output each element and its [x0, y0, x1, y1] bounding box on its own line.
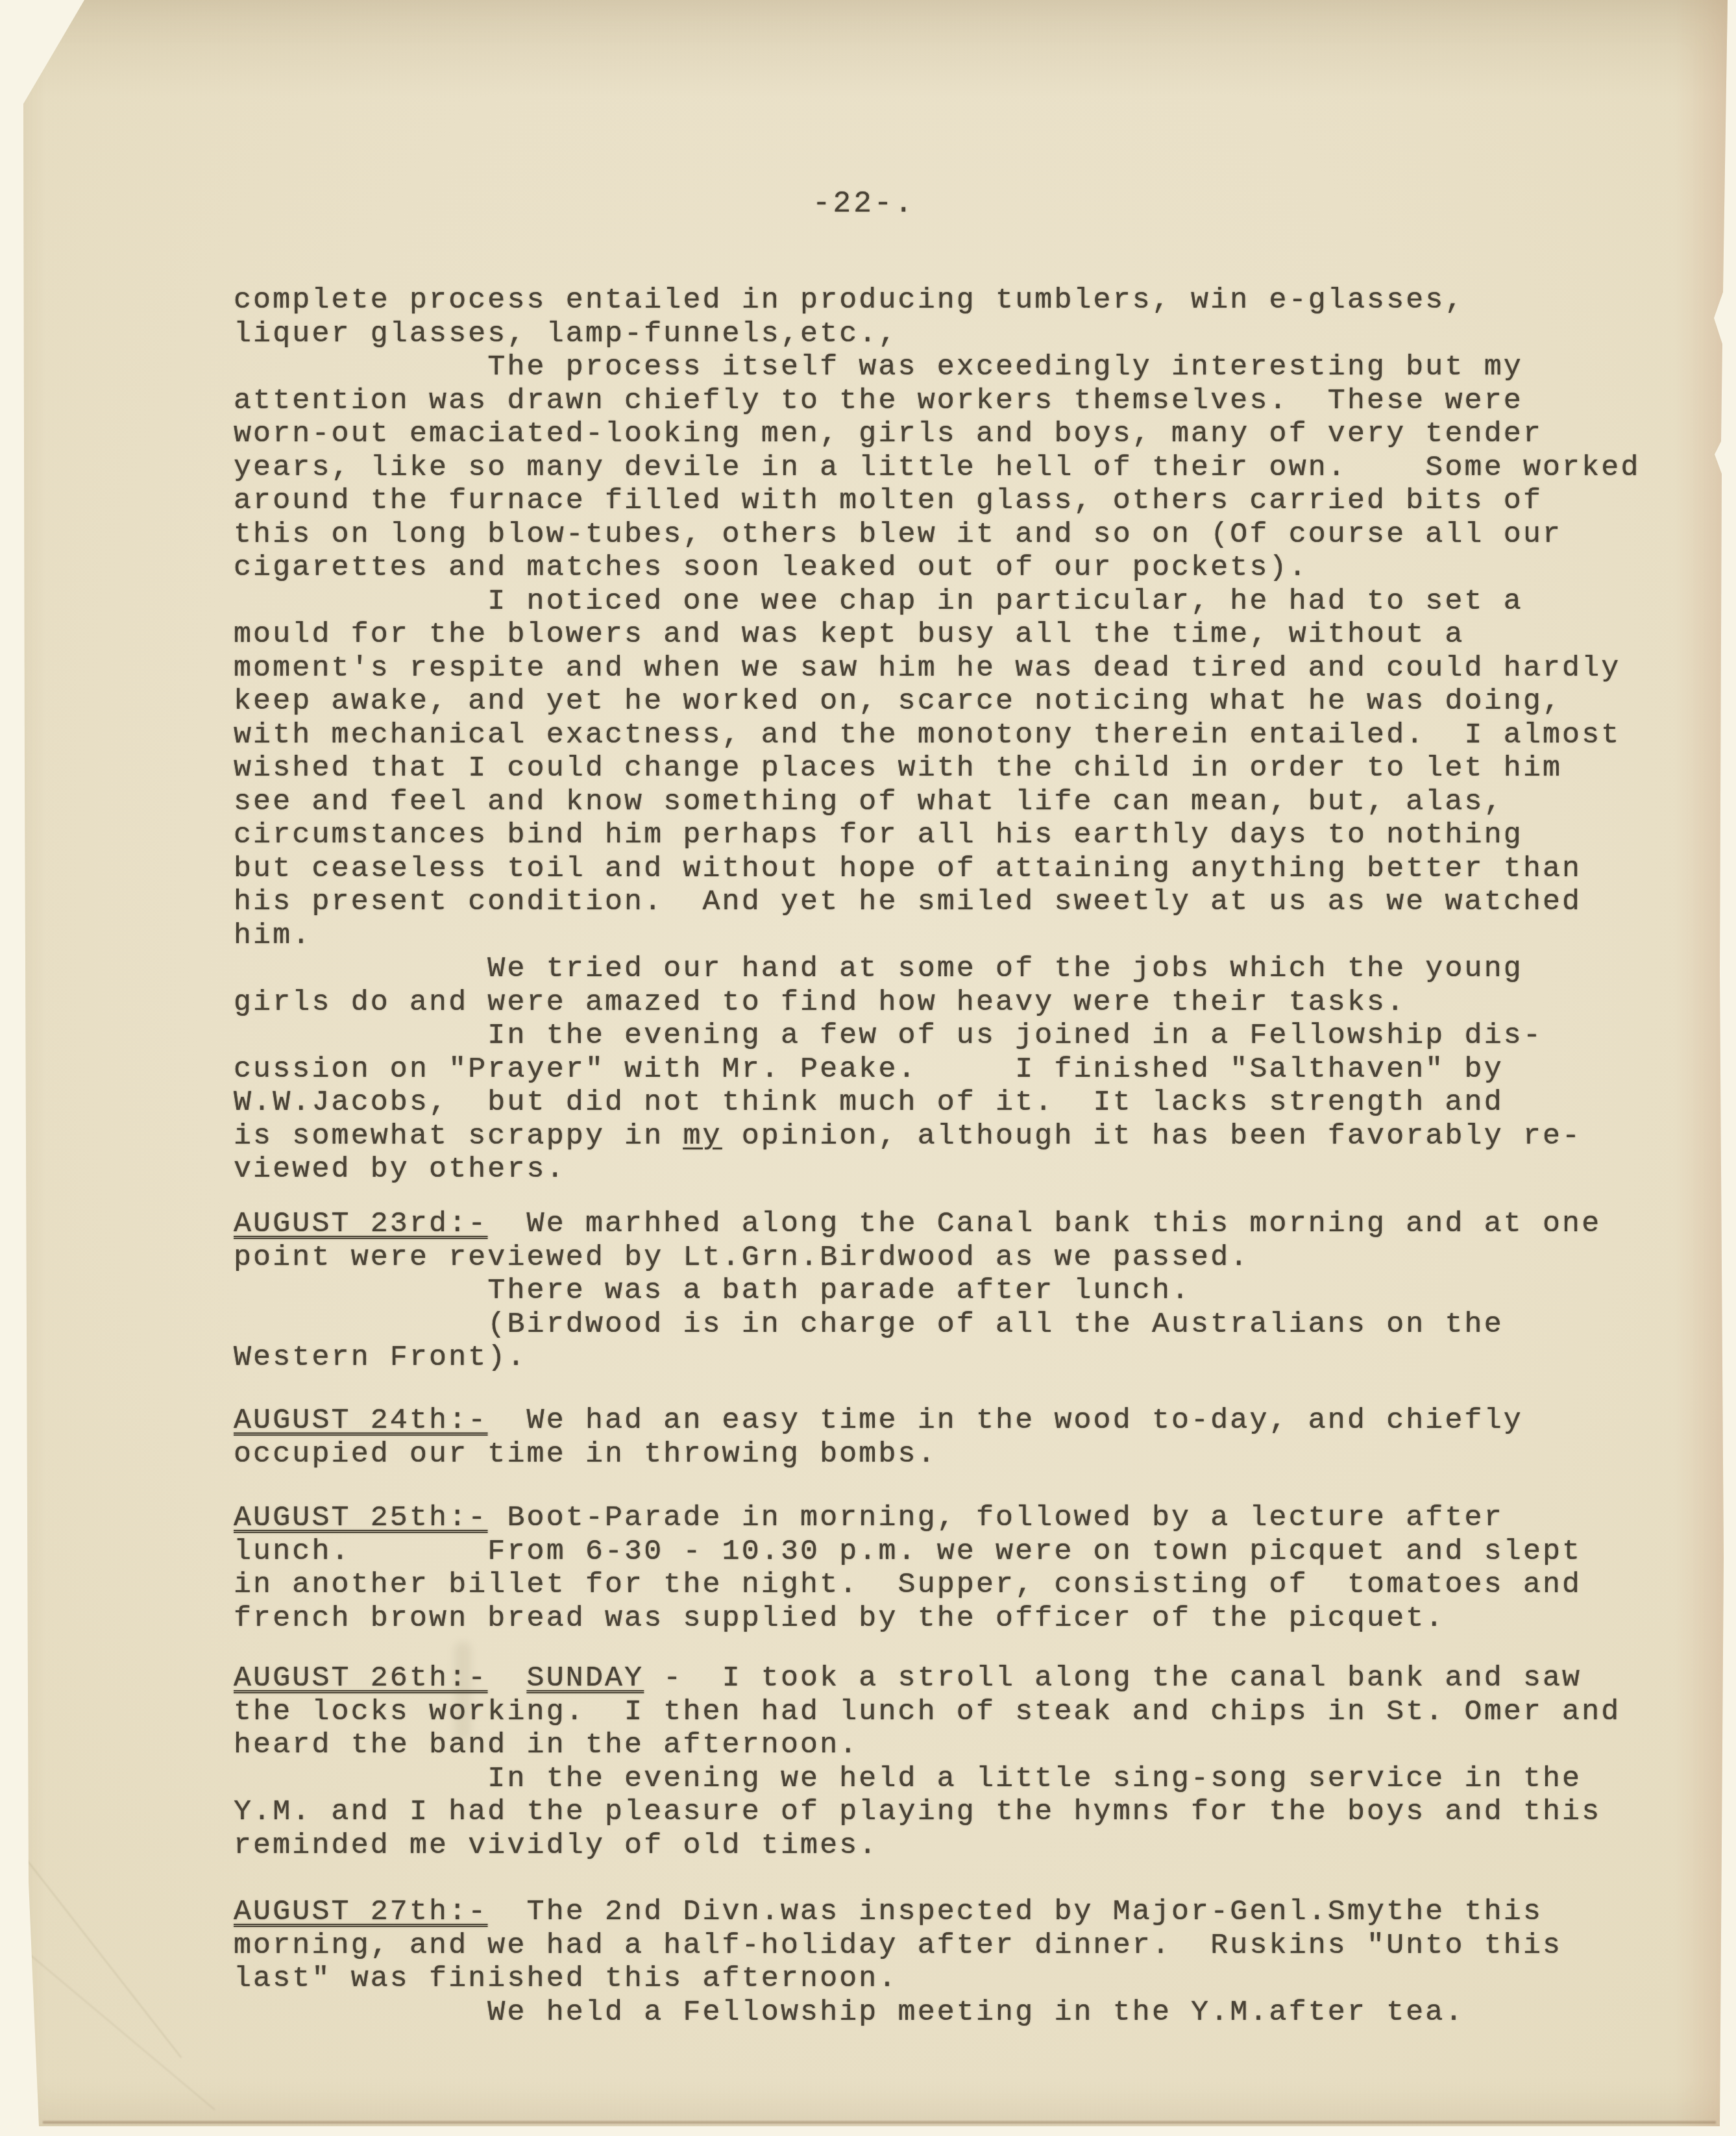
text-segment: years, like so many devile in a little h…: [234, 451, 1641, 484]
text-segment: in another billet for the night. Supper,…: [234, 1568, 1582, 1601]
paper-crease: [6, 1934, 215, 2111]
text-segment: heard the band in the afternoon.: [234, 1728, 859, 1762]
text-line: with mechanical exactness, and the monot…: [234, 718, 1641, 752]
text-line: girls do and were amazed to find how hea…: [234, 986, 1641, 1020]
text-line: french brown bread was supplied by the o…: [234, 1602, 1582, 1636]
text-line: years, like so many devile in a little h…: [234, 451, 1641, 485]
text-line: but ceaseless toil and without hope of a…: [234, 852, 1641, 886]
text-segment: (Birdwood is in charge of all the Austra…: [234, 1308, 1504, 1341]
text-line: keep awake, and yet he worked on, scarce…: [234, 685, 1641, 718]
text-line: reminded me vividly of old times.: [234, 1829, 1620, 1863]
text-line: In the evening we held a little sing-son…: [234, 1762, 1620, 1796]
text-segment: moment's respite and when we saw him he …: [234, 652, 1620, 685]
text-line: AUGUST 26th:- SUNDAY - I took a stroll a…: [234, 1662, 1620, 1695]
text-line: occupied our time in throwing bombs.: [234, 1438, 1523, 1471]
text-segment: worn-out emaciated-looking men, girls an…: [234, 417, 1543, 450]
text-segment: - I took a stroll along the canal bank a…: [644, 1662, 1582, 1695]
text-line: around the furnace filled with molten gl…: [234, 484, 1641, 518]
text-segment: There was a bath parade after lunch.: [234, 1274, 1191, 1307]
text-segment: The process itself was exceedingly inter…: [234, 350, 1523, 384]
text-segment: with mechanical exactness, and the monot…: [234, 718, 1620, 752]
text-line: viewed by others.: [234, 1153, 1641, 1186]
text-segment: circumstances bind him perhaps for all h…: [234, 818, 1523, 852]
text-line: AUGUST 25th:- Boot-Parade in morning, fo…: [234, 1501, 1582, 1535]
text-segment: point were reviewed by Lt.Grn.Birdwood a…: [234, 1241, 1249, 1274]
text-segment: We tried our hand at some of the jobs wh…: [234, 952, 1523, 985]
text-segment: the locks working. I then had lunch of s…: [234, 1695, 1620, 1728]
text-segment: mould for the blowers and was kept busy …: [234, 618, 1465, 651]
text-segment: We held a Fellowship meeting in the Y.M.…: [234, 1996, 1465, 2029]
text-line: Western Front).: [234, 1341, 1601, 1375]
text-line: The process itself was exceedingly inter…: [234, 350, 1641, 384]
text-segment: him.: [234, 919, 312, 952]
paper-crease: [0, 1791, 182, 2058]
text-line: complete process entailed in producing t…: [234, 284, 1641, 317]
text-line: mould for the blowers and was kept busy …: [234, 618, 1641, 652]
text-segment: french brown bread was supplied by the o…: [234, 1602, 1445, 1635]
text-segment: around the furnace filled with molten gl…: [234, 484, 1543, 517]
text-line: There was a bath parade after lunch.: [234, 1274, 1601, 1308]
text-segment: morning, and we had a half-holiday after…: [234, 1929, 1562, 1962]
text-segment: complete process entailed in producing t…: [234, 284, 1465, 317]
text-segment: viewed by others.: [234, 1153, 566, 1186]
text-segment: cussion on "Prayer" with Mr. Peake. I fi…: [234, 1053, 1504, 1086]
paper-bottom-edge: [43, 2121, 1716, 2124]
text-line: I noticed one wee chap in particular, he…: [234, 585, 1641, 619]
text-line: attention was drawn chiefly to the worke…: [234, 384, 1641, 418]
text-segment: girls do and were amazed to find how hea…: [234, 986, 1406, 1019]
text-line: Y.M. and I had the pleasure of playing t…: [234, 1795, 1620, 1829]
scan-background: -22-. complete process entailed in produ…: [0, 0, 1736, 2136]
text-line: morning, and we had a half-holiday after…: [234, 1929, 1562, 1963]
text-line: worn-out emaciated-looking men, girls an…: [234, 417, 1641, 451]
underlined-text: AUGUST 25th:-: [234, 1501, 487, 1534]
text-line: circumstances bind him perhaps for all h…: [234, 818, 1641, 852]
underlined-text: SUNDAY: [527, 1662, 644, 1695]
text-segment: opinion, although it has been favorably …: [722, 1120, 1582, 1153]
text-segment: but ceaseless toil and without hope of a…: [234, 852, 1582, 885]
diary-continuation-paragraphs: complete process entailed in producing t…: [234, 284, 1641, 1186]
text-segment: this on long blow-tubes, others blew it …: [234, 518, 1562, 551]
text-segment: We marhhed along the Canal bank this mor…: [487, 1207, 1601, 1240]
text-segment: occupied our time in throwing bombs.: [234, 1438, 937, 1471]
text-line: heard the band in the afternoon.: [234, 1728, 1620, 1762]
text-segment: reminded me vividly of old times.: [234, 1829, 878, 1862]
underlined-text: AUGUST 27th:-: [234, 1895, 487, 1928]
text-line: his present condition. And yet he smiled…: [234, 885, 1641, 919]
text-segment: cigarettes and matches soon leaked out o…: [234, 551, 1308, 584]
text-line: point were reviewed by Lt.Grn.Birdwood a…: [234, 1241, 1601, 1275]
text-line: cigarettes and matches soon leaked out o…: [234, 551, 1641, 585]
diary-entry-august-25: AUGUST 25th:- Boot-Parade in morning, fo…: [234, 1501, 1582, 1635]
text-line: We tried our hand at some of the jobs wh…: [234, 952, 1641, 986]
text-segment: Boot-Parade in morning, followed by a le…: [487, 1501, 1503, 1534]
underlined-text: AUGUST 23rd:-: [234, 1207, 487, 1240]
text-segment: wished that I could change places with t…: [234, 752, 1562, 785]
text-segment: last" was finished this afternoon.: [234, 1962, 898, 1995]
text-line: AUGUST 27th:- The 2nd Divn.was inspected…: [234, 1895, 1562, 1929]
text-segment: W.W.Jacobs, but did not think much of it…: [234, 1086, 1504, 1119]
text-line: him.: [234, 919, 1641, 953]
text-line: AUGUST 23rd:- We marhhed along the Canal…: [234, 1207, 1601, 1241]
page-number: -22-.: [813, 187, 915, 221]
text-line: W.W.Jacobs, but did not think much of it…: [234, 1086, 1641, 1120]
text-segment: [487, 1662, 526, 1695]
text-segment: Western Front).: [234, 1341, 527, 1374]
text-segment: see and feel and know something of what …: [234, 785, 1504, 818]
diary-entry-august-23: AUGUST 23rd:- We marhhed along the Canal…: [234, 1207, 1601, 1375]
text-line: the locks working. I then had lunch of s…: [234, 1695, 1620, 1729]
text-segment: In the evening a few of us joined in a F…: [234, 1019, 1543, 1052]
paper-sheet: -22-. complete process entailed in produ…: [0, 0, 1736, 2136]
text-segment: In the evening we held a little sing-son…: [234, 1762, 1582, 1795]
text-line: AUGUST 24th:- We had an easy time in the…: [234, 1404, 1523, 1438]
text-line: is somewhat scrappy in my opinion, altho…: [234, 1120, 1641, 1153]
text-segment: I noticed one wee chap in particular, he…: [234, 585, 1523, 618]
text-line: wished that I could change places with t…: [234, 752, 1641, 785]
text-segment: We had an easy time in the wood to-day, …: [487, 1404, 1523, 1437]
underlined-text: AUGUST 26th:-: [234, 1662, 487, 1695]
text-line: moment's respite and when we saw him he …: [234, 652, 1641, 685]
text-segment: liquer glasses, lamp-funnels,etc.,: [234, 317, 898, 350]
diary-entry-august-27: AUGUST 27th:- The 2nd Divn.was inspected…: [234, 1895, 1562, 2029]
text-line: in another billet for the night. Supper,…: [234, 1568, 1582, 1602]
diary-entry-august-26: AUGUST 26th:- SUNDAY - I took a stroll a…: [234, 1662, 1620, 1862]
text-line: In the evening a few of us joined in a F…: [234, 1019, 1641, 1053]
diary-entry-august-24: AUGUST 24th:- We had an easy time in the…: [234, 1404, 1523, 1471]
text-line: (Birdwood is in charge of all the Austra…: [234, 1308, 1601, 1342]
text-line: last" was finished this afternoon.: [234, 1962, 1562, 1996]
text-segment: lunch. From 6-30 - 10.30 p.m. we were on…: [234, 1535, 1582, 1568]
text-segment: The 2nd Divn.was inspected by Major-Genl…: [487, 1895, 1543, 1928]
text-line: see and feel and know something of what …: [234, 785, 1641, 819]
text-line: liquer glasses, lamp-funnels,etc.,: [234, 317, 1641, 351]
underlined-text: my: [683, 1120, 722, 1153]
underlined-text: AUGUST 24th:-: [234, 1404, 487, 1437]
text-line: We held a Fellowship meeting in the Y.M.…: [234, 1996, 1562, 2030]
text-segment: is somewhat scrappy in: [234, 1120, 683, 1153]
text-segment: attention was drawn chiefly to the worke…: [234, 384, 1523, 417]
text-line: lunch. From 6-30 - 10.30 p.m. we were on…: [234, 1535, 1582, 1569]
text-line: this on long blow-tubes, others blew it …: [234, 518, 1641, 552]
text-segment: keep awake, and yet he worked on, scarce…: [234, 685, 1562, 718]
text-segment: Y.M. and I had the pleasure of playing t…: [234, 1795, 1601, 1828]
text-line: cussion on "Prayer" with Mr. Peake. I fi…: [234, 1053, 1641, 1086]
text-segment: his present condition. And yet he smiled…: [234, 885, 1582, 918]
